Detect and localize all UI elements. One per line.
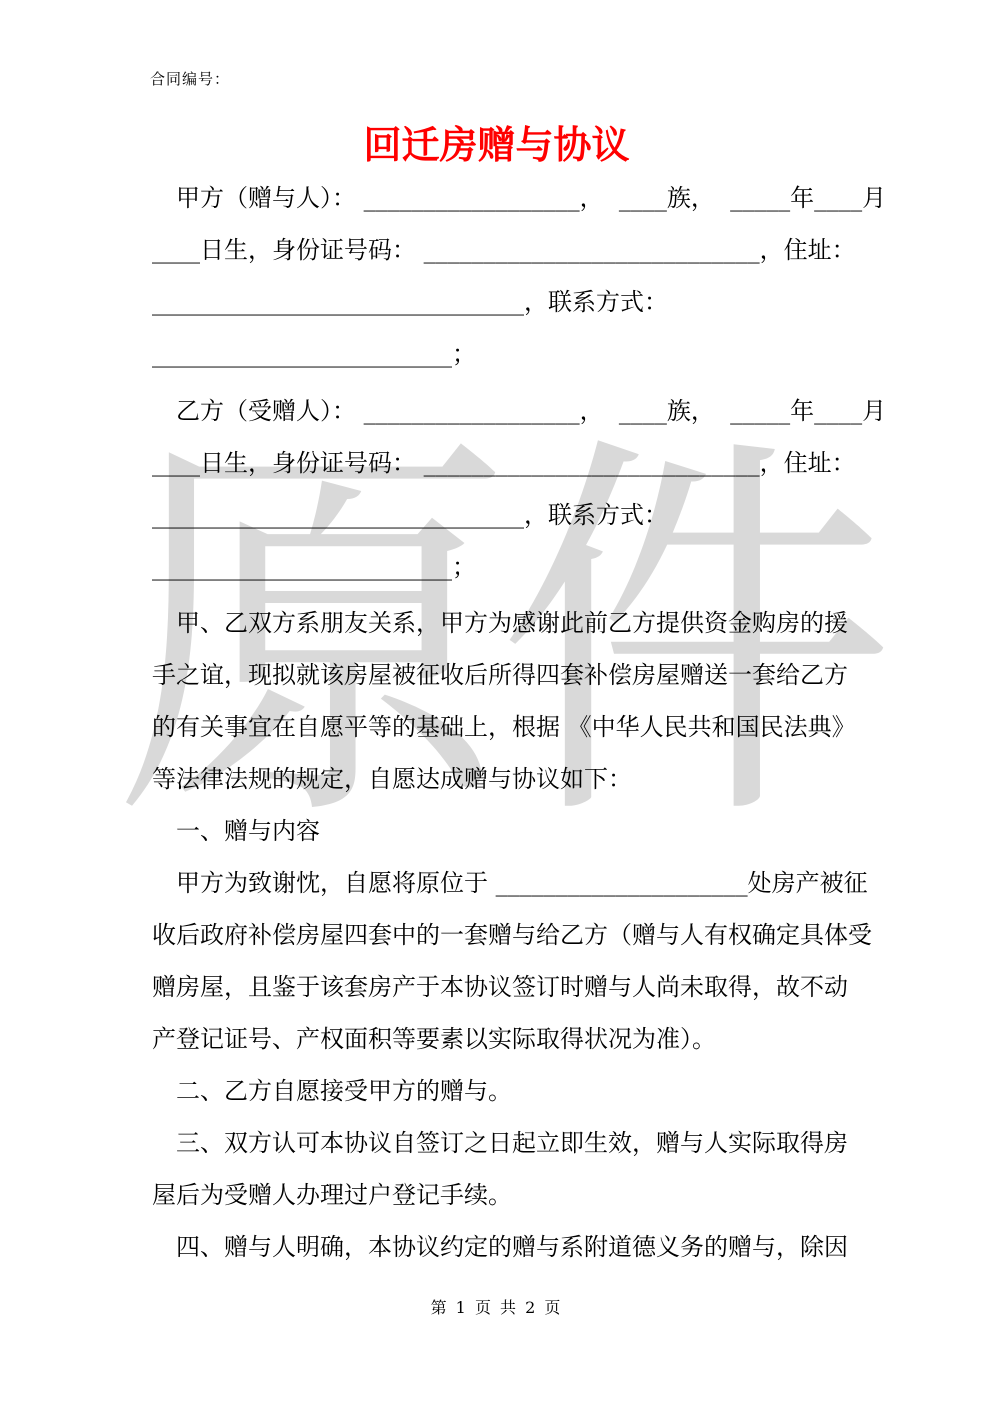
doc-line: 的有关事宜在自愿平等的基础上，根据 《中华人民共和国民法典》: [152, 701, 872, 753]
doc-line: 一、赠与内容: [152, 805, 872, 857]
doc-line: _________________________；: [152, 541, 872, 593]
doc-line: _______________________________，联系方式：: [152, 276, 872, 328]
doc-line: 甲、乙双方系朋友关系，甲方为感谢此前乙方提供资金购房的援: [152, 597, 872, 649]
party-b-paragraph: 乙方（受赠人）： __________________， ____族， ____…: [152, 385, 872, 593]
doc-line: 等法律法规的规定，自愿达成赠与协议如下：: [152, 753, 872, 805]
doc-line: _______________________________，联系方式：: [152, 489, 872, 541]
doc-line: 二、乙方自愿接受甲方的赠与。: [152, 1065, 872, 1117]
doc-line: 屋后为受赠人办理过户登记手续。: [152, 1169, 872, 1221]
party-a-paragraph: 甲方（赠与人）： __________________， ____族， ____…: [152, 172, 872, 380]
doc-line: ____日生，身份证号码： __________________________…: [152, 437, 872, 489]
page-footer: 第 1 页 共 2 页: [0, 1295, 993, 1318]
section-one-paragraph: 甲方为致谢忱，自愿将原位于 _____________________处房产被征…: [152, 857, 872, 1065]
document-body: 甲方（赠与人）： __________________， ____族， ____…: [152, 172, 872, 1273]
doc-line: 产登记证号、产权面积等要素以实际取得状况为准）。: [152, 1013, 872, 1065]
doc-line: 三、双方认可本协议自签订之日起立即生效，赠与人实际取得房: [152, 1117, 872, 1169]
doc-line: 甲方为致谢忱，自愿将原位于 _____________________处房产被征: [152, 857, 872, 909]
doc-line: 收后政府补偿房屋四套中的一套赠与给乙方（赠与人有权确定具体受: [152, 909, 872, 961]
section-three-paragraph: 三、双方认可本协议自签订之日起立即生效，赠与人实际取得房 屋后为受赠人办理过户登…: [152, 1117, 872, 1221]
doc-line: _________________________；: [152, 328, 872, 380]
document-title: 回迁房赠与协议: [0, 114, 993, 169]
doc-line: ____日生，身份证号码： __________________________…: [152, 224, 872, 276]
section-two-paragraph: 二、乙方自愿接受甲方的赠与。: [152, 1065, 872, 1117]
section-four-paragraph: 四、赠与人明确，本协议约定的赠与系附道德义务的赠与，除因: [152, 1221, 872, 1273]
doc-line: 手之谊，现拟就该房屋被征收后所得四套补偿房屋赠送一套给乙方: [152, 649, 872, 701]
document-page: 原件 合同编号： 回迁房赠与协议 甲方（赠与人）： ______________…: [0, 0, 993, 1404]
preamble-paragraph: 甲、乙双方系朋友关系，甲方为感谢此前乙方提供资金购房的援 手之谊，现拟就该房屋被…: [152, 597, 872, 805]
section-one-heading: 一、赠与内容: [152, 805, 872, 857]
doc-line: 四、赠与人明确，本协议约定的赠与系附道德义务的赠与，除因: [152, 1221, 872, 1273]
contract-number-label: 合同编号：: [150, 68, 230, 89]
doc-line: 乙方（受赠人）： __________________， ____族， ____…: [152, 385, 872, 437]
doc-line: 甲方（赠与人）： __________________， ____族， ____…: [152, 172, 872, 224]
doc-line: 赠房屋，且鉴于该套房产于本协议签订时赠与人尚未取得，故不动: [152, 961, 872, 1013]
